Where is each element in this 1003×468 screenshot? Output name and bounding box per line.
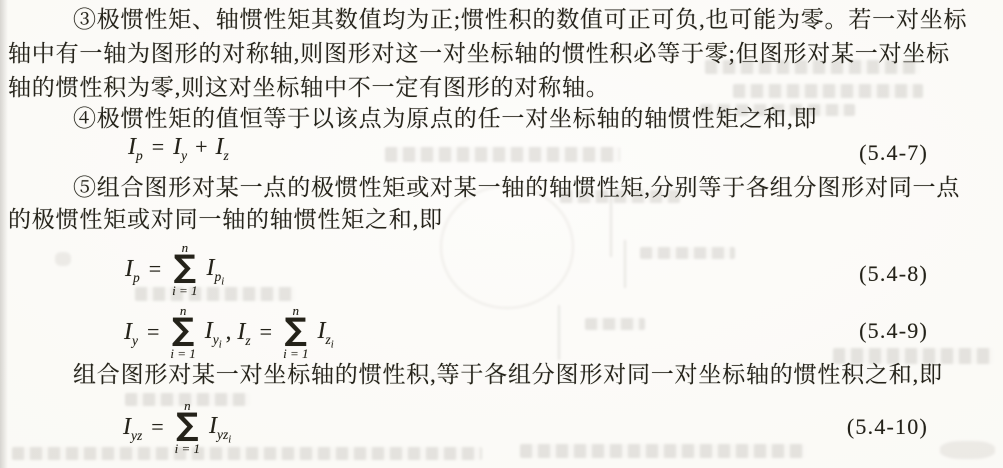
- sigma-icon: ∑: [174, 253, 196, 282]
- textbook-page-scan: ③极惯性矩、轴惯性矩其数值均为正;惯性积的数值可正可负,也可能为零。若一对坐标 …: [0, 0, 1003, 468]
- showthrough-artifact: [733, 84, 923, 98]
- equation-5-4-7: Ip=Iy+Iz: [128, 134, 229, 161]
- math-subscript: z: [245, 332, 250, 347]
- equals-sign: =: [251, 319, 281, 344]
- summation-sigma: n ∑ i = 1: [172, 241, 197, 296]
- equation-number: (5.4-9): [859, 318, 928, 344]
- equals-sign: =: [143, 134, 173, 159]
- math-sub-subscript: i: [221, 277, 224, 288]
- showthrough-artifact: [558, 305, 560, 360]
- math-subscript: yi: [213, 332, 222, 347]
- equation-number: (5.4-10): [847, 414, 928, 440]
- showthrough-artifact: [585, 318, 645, 330]
- comma-separator: ,: [222, 319, 238, 345]
- math-symbol: I: [216, 134, 224, 160]
- equation-number: (5.4-8): [859, 261, 928, 287]
- body-text-line: ③极惯性矩、轴惯性矩其数值均为正;惯性积的数值可正可负,也可能为零。若一对坐标: [73, 6, 967, 34]
- math-subscript: p: [133, 269, 140, 284]
- body-text-line: ④极惯性矩的值恒等于以该点为原点的任一对坐标轴的轴惯性矩之和,即: [73, 105, 817, 133]
- body-text-line: ⑤组合图形对某一点的极惯性矩或对某一轴的轴惯性矩,分别等于各组分图形对同一点: [73, 174, 960, 202]
- sum-lower-limit: i = 1: [283, 347, 308, 360]
- equals-sign: =: [138, 319, 168, 344]
- math-symbol: I: [207, 255, 215, 281]
- showthrough-artifact: [640, 247, 735, 259]
- math-sub-subscript: i: [331, 340, 334, 351]
- summation-sigma: n ∑ i = 1: [283, 304, 308, 359]
- sum-lower-limit: i = 1: [175, 442, 200, 455]
- showthrough-artifact: [385, 147, 620, 162]
- math-symbol: I: [128, 134, 136, 160]
- equation-5-4-9: Iy= n ∑ i = 1 Iyi , Iz= n ∑ i = 1 Izi: [124, 303, 334, 361]
- sum-lower-limit: i = 1: [170, 347, 195, 360]
- equals-sign: =: [140, 256, 170, 281]
- math-symbol: I: [123, 414, 131, 440]
- equation-5-4-10: Iyz= n ∑ i = 1 Iyzi: [123, 398, 231, 456]
- showthrough-artifact: [55, 252, 71, 266]
- math-subscript: z: [224, 148, 229, 163]
- body-text-line: 轴的惯性积为零,则这对坐标轴中不一定有图形的对称轴。: [8, 74, 610, 102]
- equation-number: (5.4-7): [859, 140, 928, 166]
- math-subscript: p: [136, 148, 143, 163]
- math-subscript: yz: [131, 427, 142, 442]
- equation-5-4-8: Ip= n ∑ i = 1 Ipi: [125, 240, 224, 298]
- math-subscript: yzi: [217, 427, 231, 442]
- sum-lower-limit: i = 1: [172, 284, 197, 297]
- math-symbol: I: [209, 413, 217, 439]
- body-text-line: 组合图形对某一对坐标轴的惯性积,等于各组分图形对同一对坐标轴的惯性积之和,即: [73, 361, 943, 389]
- showthrough-artifact: [610, 197, 612, 257]
- showthrough-artifact: [624, 240, 626, 288]
- math-sub-subscript: i: [228, 435, 231, 446]
- summation-sigma: n ∑ i = 1: [170, 304, 195, 359]
- math-symbol: I: [124, 319, 132, 345]
- math-symbol: I: [125, 256, 133, 282]
- math-symbol: I: [205, 318, 213, 344]
- showthrough-artifact: [12, 447, 482, 460]
- sigma-icon: ∑: [172, 316, 194, 345]
- sigma-icon: ∑: [285, 316, 307, 345]
- equals-sign: =: [142, 414, 172, 439]
- body-text-line: 轴中有一轴为图形的对称轴,则图形对这一对坐标轴的惯性积必等于零;但图形对某一对坐…: [8, 40, 950, 68]
- showthrough-artifact: [520, 444, 805, 458]
- math-subscript: pi: [215, 269, 225, 284]
- plus-sign: +: [187, 134, 215, 159]
- sigma-icon: ∑: [176, 411, 198, 440]
- showthrough-artifact: [940, 441, 995, 459]
- math-symbol: I: [173, 134, 181, 160]
- summation-sigma: n ∑ i = 1: [175, 399, 200, 454]
- body-text-line: 的极惯性矩或对同一轴的轴惯性矩之和,即: [8, 206, 443, 234]
- math-subscript: zi: [325, 332, 333, 347]
- showthrough-stamp-artifact: [440, 185, 574, 309]
